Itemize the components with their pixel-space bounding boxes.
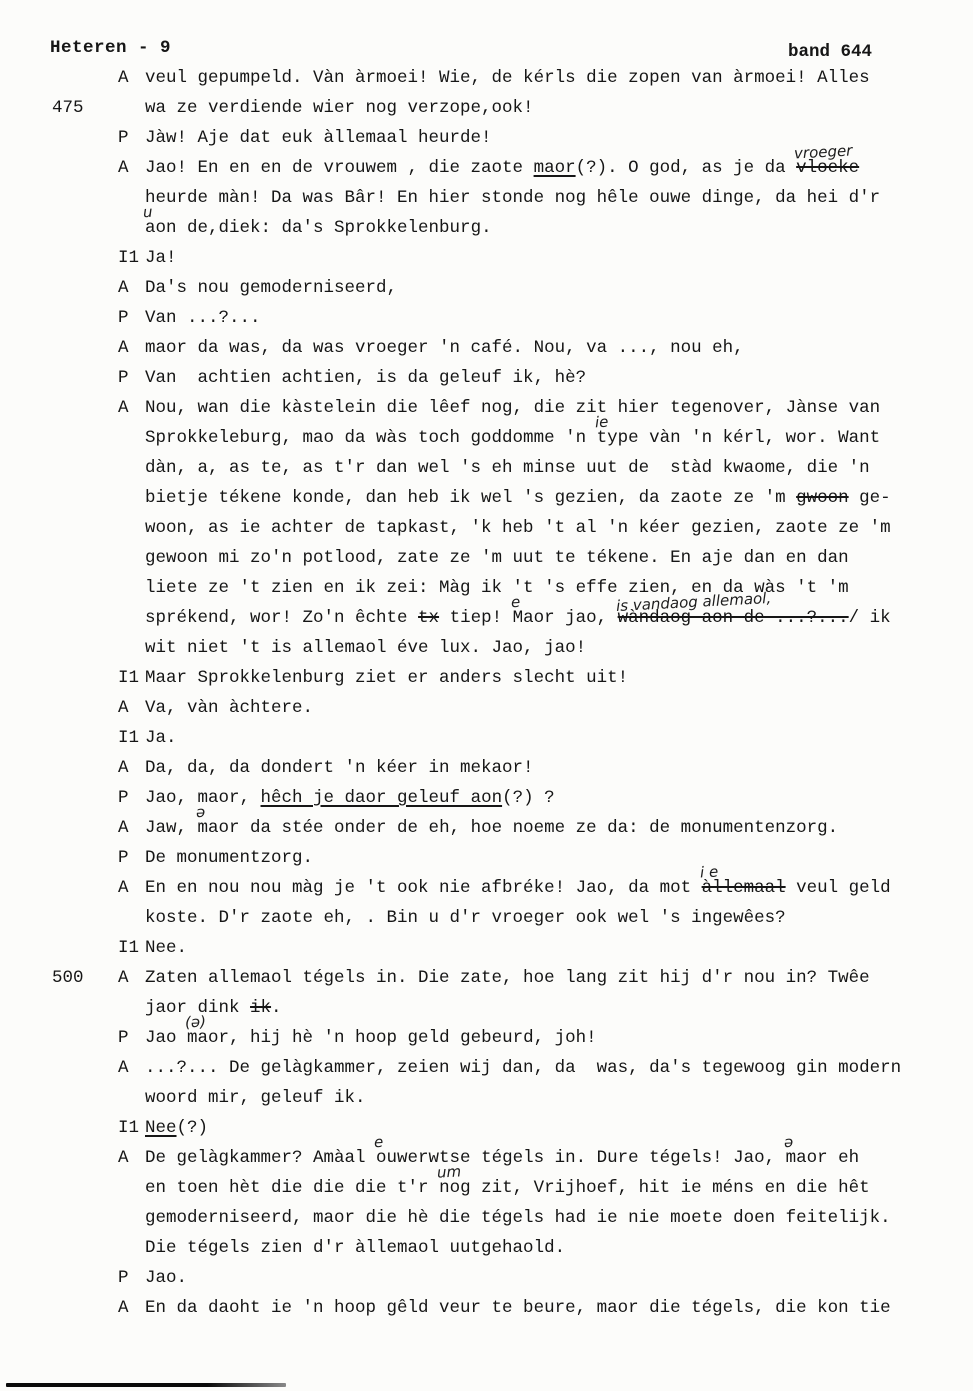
text-segment: En en nou nou màg je 't ook nie afbréke!… — [145, 878, 702, 898]
text-segment: (?) — [177, 1118, 209, 1138]
text-segment: jaor dink — [145, 998, 250, 1018]
text-segment: Jao. — [145, 1268, 187, 1288]
text-segment: maor(ə) — [187, 1028, 229, 1048]
line-text: jaor dink ik. — [145, 993, 282, 1023]
transcript-line: I1Nee(?) — [0, 1113, 973, 1143]
line-text: wa ze verdiende wier nog verzope,ook! — [145, 93, 534, 123]
text-segment: Ja. — [145, 728, 177, 748]
transcript-line: aonu de,diek: da's Sprokkelenburg. — [0, 213, 973, 243]
speaker-label: A — [118, 153, 129, 183]
transcript-line: I1Ja! — [0, 243, 973, 273]
line-text: ...?... De gelàgkammer, zeien wij dan, d… — [145, 1053, 901, 1083]
transcript-line: PJàw! Aje dat euk àllemaal heurde! — [0, 123, 973, 153]
line-text: De monumentzorg. — [145, 843, 313, 873]
transcript-line: PVan achtien achtien, is da geleuf ik, h… — [0, 363, 973, 393]
transcript-line: AEn en nou nou màg je 't ook nie afbréke… — [0, 873, 973, 903]
text-segment: en toen hèt die die die t'r — [145, 1178, 439, 1198]
speaker-label: P — [118, 783, 129, 813]
transcript-line: en toen hèt die die die t'r nogum zit, V… — [0, 1173, 973, 1203]
page-title: Heteren - 9 — [50, 38, 171, 58]
transcript-line: Die tégels zien d'r àllemaol uutgehaold. — [0, 1233, 973, 1263]
speaker-label: P — [118, 303, 129, 333]
line-text: koste. D'r zaote eh, . Bin u d'r vroeger… — [145, 903, 786, 933]
text-segment: (?). O god, as je da — [576, 158, 797, 178]
text-segment: De gelàgkammer? Amàal — [145, 1148, 376, 1168]
text-segment: Nou, wan die kàstelein die lêef nog, die… — [145, 398, 880, 418]
struck-text: àllemaali e — [702, 878, 786, 898]
text-segment: Maore — [513, 608, 555, 628]
struck-text: vloekevroeger — [796, 158, 859, 178]
text-segment: wit niet 't is allemaol éve lux. Jao, ja… — [145, 638, 586, 658]
transcript-line: liete ze 't zien en ik zei: Màg ik 't 's… — [0, 573, 973, 603]
line-number-margin: 475 — [52, 93, 84, 123]
transcript-line: woon, as ie achter de tapkast, 'k heb 't… — [0, 513, 973, 543]
text-segment: tégels in. Dure tégels! Jao, — [471, 1148, 786, 1168]
transcript-line: AJao! En en en de vrouwem , die zaote ma… — [0, 153, 973, 183]
line-text: Jao. — [145, 1263, 187, 1293]
text-segment: Jao, maor, — [145, 788, 261, 808]
speaker-label: A — [118, 1293, 129, 1323]
line-text: aonu de,diek: da's Sprokkelenburg. — [145, 213, 492, 243]
line-text: en toen hèt die die die t'r nogum zit, V… — [145, 1173, 870, 1203]
speaker-label: I1 — [118, 1113, 139, 1143]
line-text: Ja. — [145, 723, 177, 753]
text-segment: tiep! — [439, 608, 513, 628]
text-segment: zit, Vrijhoef, hit ie méns en die hêt — [471, 1178, 870, 1198]
text-segment: gewoon mi zo'n potlood, zate ze 'm uut t… — [145, 548, 849, 568]
transcript-line: AEn da daoht ie 'n hoop gêld veur te beu… — [0, 1293, 973, 1323]
transcript-line: Amaor da was, da was vroeger 'n café. No… — [0, 333, 973, 363]
transcript-line: sprékend, wor! Zo'n êchte tx tiep! Maore… — [0, 603, 973, 633]
line-text: Nou, wan die kàstelein die lêef nog, die… — [145, 393, 880, 423]
transcript-line: jaor dink ik. — [0, 993, 973, 1023]
speaker-label: I1 — [118, 723, 139, 753]
text-segment: Ja! — [145, 248, 177, 268]
transcript: Aveul gepumpeld. Vàn àrmoei! Wie, de kér… — [0, 63, 973, 1323]
transcript-line: PDe monumentzorg. — [0, 843, 973, 873]
transcript-line: Sprokkeleburg, mao da wàs toch goddomme … — [0, 423, 973, 453]
text-segment: Van achtien achtien, is da geleuf ik, hè… — [145, 368, 586, 388]
transcript-line: gemoderniseerd, maor die hè die tégels h… — [0, 1203, 973, 1233]
line-text: Da's nou gemoderniseerd, — [145, 273, 397, 303]
speaker-label: A — [118, 273, 129, 303]
text-segment: De monumentzorg. — [145, 848, 313, 868]
line-number-margin: 500 — [52, 963, 84, 993]
line-text: Va, vàn àchtere. — [145, 693, 313, 723]
speaker-label: A — [118, 63, 129, 93]
line-text: Da, da, da dondert 'n kéer in mekaor! — [145, 753, 534, 783]
transcript-line: AJaw, maorə da stée onder de eh, hoe noe… — [0, 813, 973, 843]
text-segment: gemoderniseerd, maor die hè die tégels h… — [145, 1208, 891, 1228]
text-segment: Jaw, — [145, 818, 198, 838]
transcript-line: I1Maar Sprokkelenburg ziet er anders sle… — [0, 663, 973, 693]
text-segment: aonu — [145, 218, 177, 238]
text-segment: bietje tékene konde, dan heb ik wel 's g… — [145, 488, 796, 508]
line-text: De gelàgkammer? Amàal ouwerwtsee tégels … — [145, 1143, 859, 1173]
struck-text: ik — [250, 998, 271, 1018]
speaker-label: A — [118, 753, 129, 783]
transcript-line: I1Nee. — [0, 933, 973, 963]
text-segment: En da daoht ie 'n hoop gêld veur te beur… — [145, 1298, 891, 1318]
speaker-label: A — [118, 873, 129, 903]
speaker-label: A — [118, 333, 129, 363]
underlined-text: hêch je daor geleuf aon — [261, 788, 503, 808]
speaker-label: A — [118, 963, 129, 993]
text-segment: maorə — [786, 1148, 828, 1168]
text-segment: (?) ? — [502, 788, 555, 808]
text-segment: woord mir, geleuf ik. — [145, 1088, 366, 1108]
text-segment: Va, vàn àchtere. — [145, 698, 313, 718]
transcript-line: dàn, a, as te, as t'r dan wel 's eh mins… — [0, 453, 973, 483]
underlined-text: maor — [534, 158, 576, 178]
text-segment: veul gepumpeld. Vàn àrmoei! Wie, de kérl… — [145, 68, 870, 88]
line-text: Die tégels zien d'r àllemaol uutgehaold. — [145, 1233, 565, 1263]
transcript-line: I1Ja. — [0, 723, 973, 753]
text-segment: maorə — [198, 818, 240, 838]
speaker-label: P — [118, 123, 129, 153]
speaker-label: P — [118, 363, 129, 393]
document-page: Heteren - 9 band 644 Aveul gepumpeld. Và… — [0, 0, 973, 1391]
transcript-line: bietje tékene konde, dan heb ik wel 's g… — [0, 483, 973, 513]
line-text: Ja! — [145, 243, 177, 273]
text-segment: maor da was, da was vroeger 'n café. Nou… — [145, 338, 744, 358]
line-text: bietje tékene konde, dan heb ik wel 's g… — [145, 483, 891, 513]
speaker-label: I1 — [118, 243, 139, 273]
line-text: gemoderniseerd, maor die hè die tégels h… — [145, 1203, 891, 1233]
transcript-line: PJao. — [0, 1263, 973, 1293]
transcript-line: PVan ...?... — [0, 303, 973, 333]
line-text: Van ...?... — [145, 303, 261, 333]
text-segment: typeie — [597, 428, 639, 448]
line-text: gewoon mi zo'n potlood, zate ze 'm uut t… — [145, 543, 849, 573]
line-text: veul gepumpeld. Vàn àrmoei! Wie, de kérl… — [145, 63, 870, 93]
text-segment: dàn, a, as te, as t'r dan wel 's eh mins… — [145, 458, 870, 478]
line-text: Jao! En en en de vrouwem , die zaote mao… — [145, 153, 859, 183]
text-segment: liete ze 't zien en ik zei: Màg ik 't 's… — [145, 578, 849, 598]
transcript-line: A...?... De gelàgkammer, zeien wij dan, … — [0, 1053, 973, 1083]
transcript-line: ADa, da, da dondert 'n kéer in mekaor! — [0, 753, 973, 783]
text-segment: Jàw! Aje dat euk àllemaal heurde! — [145, 128, 492, 148]
transcript-line: 500AZaten allemaol tégels in. Die zate, … — [0, 963, 973, 993]
line-text: Maar Sprokkelenburg ziet er anders slech… — [145, 663, 628, 693]
text-segment: ouwerwtsee — [376, 1148, 471, 1168]
transcript-line: koste. D'r zaote eh, . Bin u d'r vroeger… — [0, 903, 973, 933]
speaker-label: I1 — [118, 663, 139, 693]
speaker-label: P — [118, 1263, 129, 1293]
text-segment: , hij hè 'n hoop geld gebeurd, joh! — [229, 1028, 597, 1048]
line-text: heurde màn! Da was Bâr! En hier stonde n… — [145, 183, 880, 213]
transcript-line: Aveul gepumpeld. Vàn àrmoei! Wie, de kér… — [0, 63, 973, 93]
struck-text: wàndaog aon de ...?...is vandaog allemao… — [618, 608, 849, 628]
speaker-label: A — [118, 393, 129, 423]
tape-band-label: band 644 — [788, 42, 872, 62]
transcript-line: AVa, vàn àchtere. — [0, 693, 973, 723]
text-segment: Da, da, da dondert 'n kéer in mekaor! — [145, 758, 534, 778]
text-segment: nogum — [439, 1178, 471, 1198]
text-segment: Jao — [145, 1028, 187, 1048]
text-segment: jao, — [555, 608, 618, 628]
transcript-line: ADa's nou gemoderniseerd, — [0, 273, 973, 303]
line-text: Jao, maor, hêch je daor geleuf aon(?) ? — [145, 783, 555, 813]
speaker-label: A — [118, 1143, 129, 1173]
line-text: dàn, a, as te, as t'r dan wel 's eh mins… — [145, 453, 870, 483]
line-text: Zaten allemaol tégels in. Die zate, hoe … — [145, 963, 870, 993]
speaker-label: I1 — [118, 933, 139, 963]
text-segment: eh — [828, 1148, 860, 1168]
text-segment: Maar Sprokkelenburg ziet er anders slech… — [145, 668, 628, 688]
line-text: Sprokkeleburg, mao da wàs toch goddomme … — [145, 423, 880, 453]
transcript-line: PJao maor(ə), hij hè 'n hoop geld gebeur… — [0, 1023, 973, 1053]
line-text: maor da was, da was vroeger 'n café. Nou… — [145, 333, 744, 363]
line-text: liete ze 't zien en ik zei: Màg ik 't 's… — [145, 573, 849, 603]
line-text: Jàw! Aje dat euk àllemaal heurde! — [145, 123, 492, 153]
transcript-line: ANou, wan die kàstelein die lêef nog, di… — [0, 393, 973, 423]
line-text: En da daoht ie 'n hoop gêld veur te beur… — [145, 1293, 891, 1323]
transcript-line: wit niet 't is allemaol éve lux. Jao, ja… — [0, 633, 973, 663]
text-segment: veul geld — [786, 878, 891, 898]
transcript-line: 475wa ze verdiende wier nog verzope,ook! — [0, 93, 973, 123]
underlined-text: Nee — [145, 1118, 177, 1138]
text-segment: Sprokkeleburg, mao da wàs toch goddomme … — [145, 428, 597, 448]
text-segment: ...?... De gelàgkammer, zeien wij dan, d… — [145, 1058, 901, 1078]
struck-text: gwoon — [796, 488, 849, 508]
text-segment: Van ...?... — [145, 308, 261, 328]
text-segment: da stée onder de eh, hoe noeme ze da: de… — [240, 818, 839, 838]
text-segment: sprékend, wor! Zo'n êchte — [145, 608, 418, 628]
transcript-line: woord mir, geleuf ik. — [0, 1083, 973, 1113]
line-text: En en nou nou màg je 't ook nie afbréke!… — [145, 873, 891, 903]
text-segment: Nee. — [145, 938, 187, 958]
transcript-line: ADe gelàgkammer? Amàal ouwerwtsee tégels… — [0, 1143, 973, 1173]
text-segment: woon, as ie achter de tapkast, 'k heb 't… — [145, 518, 891, 538]
transcript-line: PJao, maor, hêch je daor geleuf aon(?) ? — [0, 783, 973, 813]
text-segment: Jao! En en en de vrouwem , die zaote — [145, 158, 534, 178]
text-segment: Die tégels zien d'r àllemaol uutgehaold. — [145, 1238, 565, 1258]
line-text: Nee. — [145, 933, 187, 963]
text-segment: Zaten allemaol tégels in. Die zate, hoe … — [145, 968, 870, 988]
text-segment: koste. D'r zaote eh, . Bin u d'r vroeger… — [145, 908, 786, 928]
speaker-label: P — [118, 1023, 129, 1053]
text-segment: Da's nou gemoderniseerd, — [145, 278, 397, 298]
transcript-line: gewoon mi zo'n potlood, zate ze 'm uut t… — [0, 543, 973, 573]
line-text: Jao maor(ə), hij hè 'n hoop geld gebeurd… — [145, 1023, 597, 1053]
text-segment: ge- — [849, 488, 891, 508]
scan-artifact-bar — [6, 1383, 286, 1387]
speaker-label: P — [118, 843, 129, 873]
line-text: Van achtien achtien, is da geleuf ik, hè… — [145, 363, 586, 393]
transcript-line: heurde màn! Da was Bâr! En hier stonde n… — [0, 183, 973, 213]
line-text: woord mir, geleuf ik. — [145, 1083, 366, 1113]
speaker-label: A — [118, 813, 129, 843]
text-segment: vàn 'n kérl, wor. Want — [639, 428, 881, 448]
line-text: woon, as ie achter de tapkast, 'k heb 't… — [145, 513, 891, 543]
text-segment: / ik — [849, 608, 891, 628]
text-segment: . — [271, 998, 282, 1018]
line-text: sprékend, wor! Zo'n êchte tx tiep! Maore… — [145, 603, 891, 633]
struck-text: tx — [418, 608, 439, 628]
text-segment: heurde màn! Da was Bâr! En hier stonde n… — [145, 188, 880, 208]
speaker-label: A — [118, 693, 129, 723]
line-text: Nee(?) — [145, 1113, 208, 1143]
speaker-label: A — [118, 1053, 129, 1083]
line-text: wit niet 't is allemaol éve lux. Jao, ja… — [145, 633, 586, 663]
text-segment: wa ze verdiende wier nog verzope,ook! — [145, 98, 534, 118]
text-segment: de,diek: da's Sprokkelenburg. — [177, 218, 492, 238]
line-text: Jaw, maorə da stée onder de eh, hoe noem… — [145, 813, 838, 843]
